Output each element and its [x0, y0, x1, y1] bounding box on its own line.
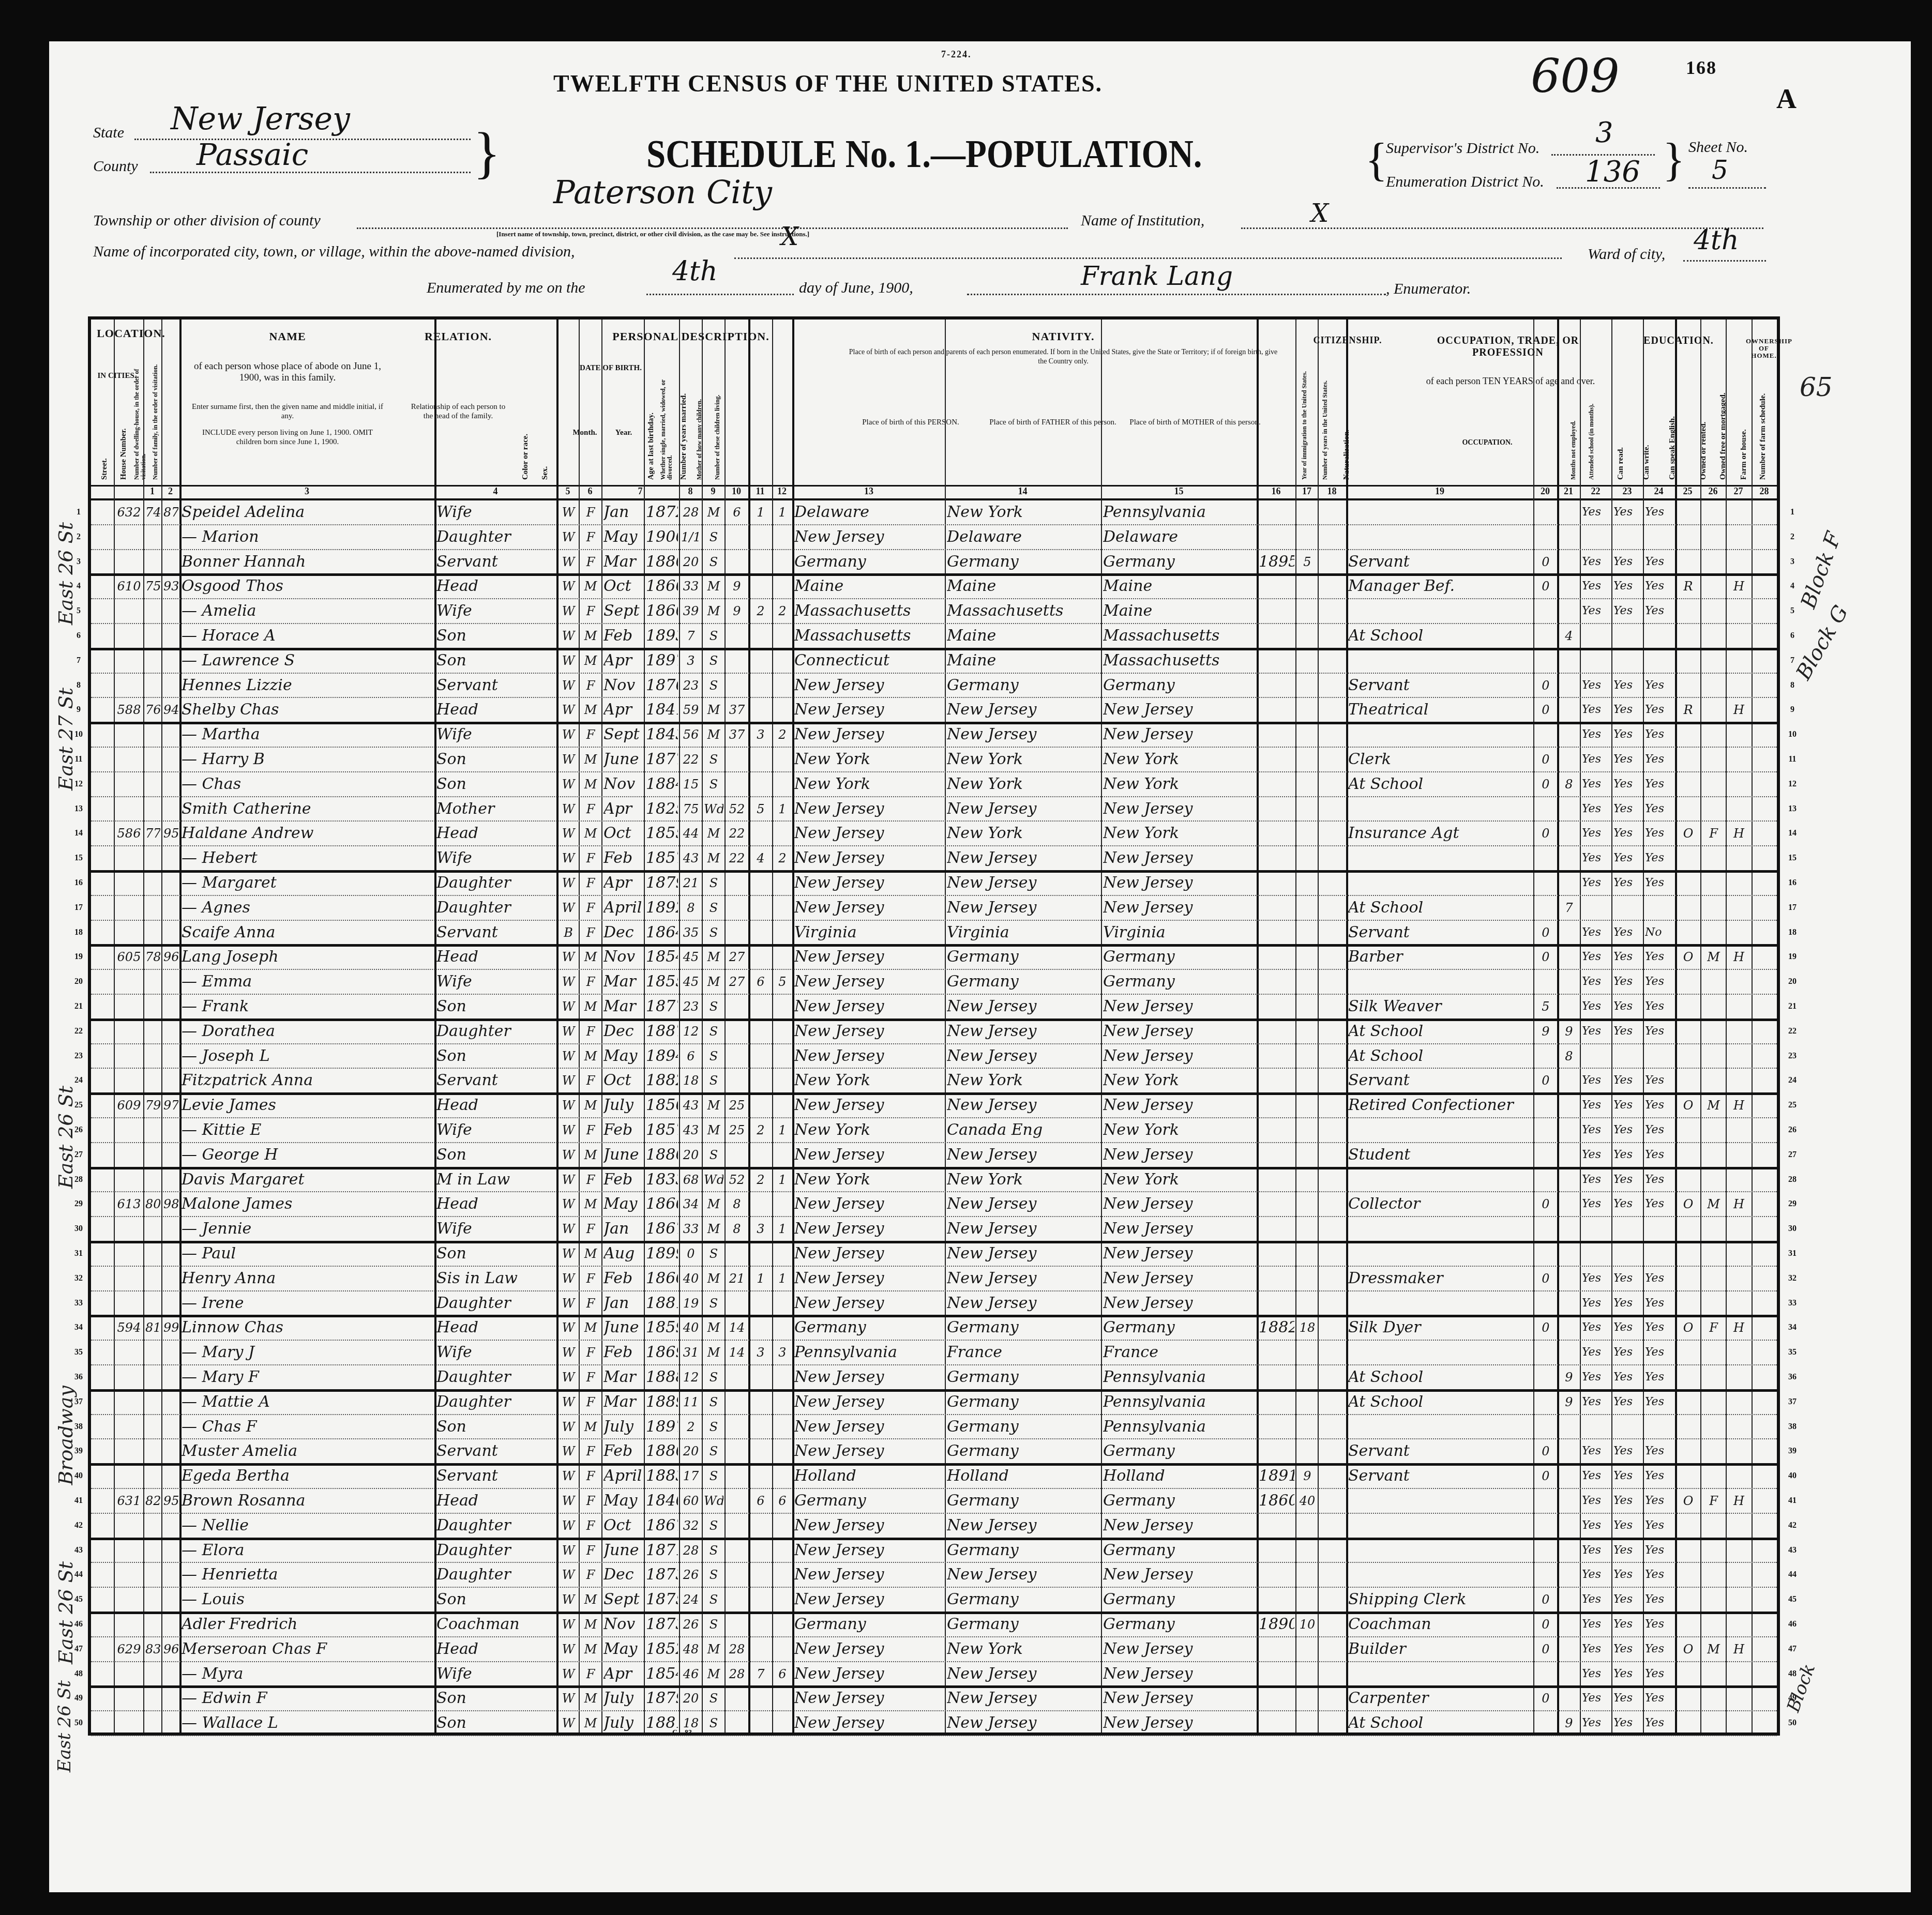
row-number-left: 7 [68, 656, 89, 665]
cell-yrs [1297, 1390, 1317, 1414]
cell-name: Linnow Chas [182, 1316, 433, 1340]
cell-ym: 9 [727, 574, 747, 598]
cell-pof: New Jersey [947, 1291, 1099, 1315]
cell-street [93, 1539, 113, 1562]
cell-ym [727, 674, 747, 697]
cell-year: 1880 [646, 550, 678, 574]
cell-sch [1559, 1613, 1579, 1636]
cell-year: 1881 [646, 1291, 678, 1315]
farm-schedule-header: Number of farm schedule. [1759, 361, 1767, 480]
occupation-sub-label: OCCUPATION. [1410, 438, 1565, 448]
cell-farm [1754, 1291, 1776, 1315]
cell-rel: Son [436, 995, 555, 1019]
cell-pof: New Jersey [947, 1020, 1099, 1043]
nativity-description: Place of birth of each person and parent… [846, 348, 1280, 367]
cell-yrs [1297, 624, 1317, 648]
cell-sex: F [581, 1168, 600, 1192]
can-read-header: Can read. [1617, 423, 1625, 480]
cell-street [93, 574, 113, 598]
cell-color: W [559, 1143, 578, 1167]
table-row: — JennieWifeWFJan186733M831New JerseyNew… [91, 1217, 1777, 1242]
cell-age: 43 [681, 1093, 701, 1117]
cell-color: W [559, 1192, 578, 1216]
group-location: LOCATION. [96, 327, 166, 340]
cell-age: 60 [681, 1489, 701, 1513]
cell-farm [1754, 550, 1776, 574]
row-number-left: 22 [68, 1027, 89, 1036]
cell-eng: Yes [1645, 698, 1673, 722]
cell-month: June [603, 1316, 643, 1340]
cell-imm [1259, 1093, 1294, 1117]
attended-school-header: Attended school (in months). [1588, 366, 1595, 480]
cell-sch: 4 [1559, 624, 1579, 648]
cell-house: 631 [116, 1489, 142, 1513]
cell-year: 1884 [646, 772, 678, 796]
cell-mo [750, 1514, 771, 1538]
cell-name: — Frank [182, 995, 433, 1019]
cell-month: Apr [603, 698, 643, 722]
cell-nat [1320, 1637, 1345, 1661]
cell-ch [774, 1686, 791, 1710]
cell-own [1677, 995, 1699, 1019]
cell-ch [774, 550, 791, 574]
cell-unemp: 0 [1535, 1686, 1556, 1710]
cell-imm [1259, 896, 1294, 920]
cell-month: Nov [603, 1613, 643, 1636]
cell-year: 1833 [646, 1168, 678, 1192]
cell-imm [1259, 921, 1294, 945]
cell-free [1702, 1662, 1725, 1686]
cell-pob: Massachusetts [794, 599, 944, 623]
cell-color: W [559, 550, 578, 574]
cell-sch [1559, 649, 1579, 673]
cell-rel: Servant [436, 550, 555, 574]
cell-year: 1859 [646, 1316, 678, 1340]
cell-farm [1754, 1267, 1776, 1290]
cell-rel: Son [436, 1044, 555, 1068]
cell-year: 1879 [646, 1686, 678, 1710]
cell-name: — Hebert [182, 846, 433, 870]
cell-ym: 25 [727, 1093, 747, 1117]
cell-year: 1864 [646, 921, 678, 945]
cell-street [93, 1563, 113, 1587]
cell-ch: 1 [774, 1118, 791, 1142]
cell-sex: F [581, 1539, 600, 1562]
cell-color: W [559, 1415, 578, 1439]
cell-ch [774, 896, 791, 920]
cell-own: O [1677, 945, 1699, 969]
cell-mar: M [704, 1217, 723, 1241]
cell-eng: Yes [1645, 1291, 1673, 1315]
cell-mar: M [704, 1267, 723, 1290]
cell-month: Feb [603, 1168, 643, 1192]
group-nativity: NATIVITY. [836, 330, 1291, 343]
cell-own: R [1677, 698, 1699, 722]
table-row: Davis MargaretM in LawWFFeb183368Wd5221N… [91, 1168, 1777, 1193]
cell-pom: Germany [1103, 1613, 1256, 1636]
cell-pob: New Jersey [794, 1242, 944, 1266]
cell-nat [1320, 871, 1345, 895]
cell-yrs [1297, 1341, 1317, 1364]
cell-imm [1259, 674, 1294, 697]
cell-ym: 52 [727, 797, 747, 821]
cell-nat [1320, 723, 1345, 747]
cell-rel: Head [436, 1489, 555, 1513]
cell-color: W [559, 995, 578, 1019]
cell-farm [1754, 1489, 1776, 1513]
cell-ym: 6 [727, 500, 747, 524]
cell-unemp [1535, 846, 1556, 870]
cell-month: Feb [603, 846, 643, 870]
cell-dwell [145, 1613, 160, 1636]
cell-pob: Germany [794, 1613, 944, 1636]
state-label: State [93, 124, 124, 142]
cell-occ [1348, 1118, 1532, 1142]
cell-mar: S [704, 896, 723, 920]
cell-dwell [145, 1686, 160, 1710]
cell-write: Yes [1613, 1316, 1642, 1340]
table-row: — Horace ASonWMFeb18937SMassachusettsMai… [91, 624, 1777, 649]
cell-free [1702, 871, 1725, 895]
cell-ym: 21 [727, 1267, 747, 1290]
cell-mo [750, 624, 771, 648]
cell-nat [1320, 1069, 1345, 1092]
cell-color: W [559, 1316, 578, 1340]
cell-fh: H [1728, 945, 1750, 969]
cell-yrs [1297, 921, 1317, 945]
cell-mo [750, 1711, 771, 1735]
cell-street [93, 1613, 113, 1636]
cell-rel: Coachman [436, 1613, 555, 1636]
cell-rel: Wife [436, 846, 555, 870]
cell-occ: Shipping Clerk [1348, 1588, 1532, 1612]
cell-ch [774, 698, 791, 722]
cell-own [1677, 1686, 1699, 1710]
cell-yrs: 18 [1297, 1316, 1317, 1340]
table-row: — IreneDaughterWFJan188119SNew JerseyNew… [91, 1291, 1777, 1316]
cell-age: 20 [681, 550, 701, 574]
cell-ch [774, 1563, 791, 1587]
cell-mar: S [704, 1291, 723, 1315]
cell-occ: At School [1348, 1044, 1532, 1068]
cell-read [1582, 896, 1610, 920]
margin-note-65: 65 [1800, 372, 1833, 402]
cell-farm [1754, 1637, 1776, 1661]
table-row: Hennes LizzieServantWFNov187623SNew Jers… [91, 674, 1777, 698]
cell-dwell [145, 1267, 160, 1290]
cell-dwell [145, 1242, 160, 1266]
cell-imm: 1890 [1259, 1613, 1294, 1636]
cell-age: 75 [681, 797, 701, 821]
cell-age: 31 [681, 1341, 701, 1364]
cell-nat [1320, 1192, 1345, 1216]
cell-occ: At School [1348, 1711, 1532, 1735]
cell-fh [1728, 1143, 1750, 1167]
cell-pob: New Jersey [794, 896, 944, 920]
cell-house [116, 599, 142, 623]
cell-pof: Germany [947, 1539, 1099, 1562]
cell-house [116, 970, 142, 994]
cell-free: F [1702, 1316, 1725, 1340]
cell-house [116, 1711, 142, 1735]
footer-code: C—83 [672, 1729, 692, 1738]
cell-write [1613, 896, 1642, 920]
row-number-left: 41 [68, 1496, 89, 1506]
cell-nat [1320, 1539, 1345, 1562]
cell-sex: M [581, 1192, 600, 1216]
group-relation: RELATION. [401, 330, 515, 343]
cell-sch [1559, 723, 1579, 747]
row-number: 23 [1782, 1052, 1803, 1061]
cell-name: — Chas [182, 772, 433, 796]
cell-house [116, 1514, 142, 1538]
cell-pob: New Jersey [794, 1686, 944, 1710]
cell-street [93, 624, 113, 648]
cell-sch: 9 [1559, 1711, 1579, 1735]
cell-year: 1892 [646, 896, 678, 920]
cell-sex: F [581, 1464, 600, 1488]
cell-mo [750, 1390, 771, 1414]
cell-pof: Germany [947, 1415, 1099, 1439]
cell-sch [1559, 1588, 1579, 1612]
cell-mar: M [704, 1341, 723, 1364]
cell-pob: New Jersey [794, 1415, 944, 1439]
cell-own [1677, 772, 1699, 796]
cell-house [116, 550, 142, 574]
cell-yrs [1297, 1539, 1317, 1562]
ward-value: 4th [1694, 225, 1739, 256]
cell-read: Yes [1582, 822, 1610, 845]
cell-mo [750, 1143, 771, 1167]
table-row: Egeda BerthaServantWFApril188317SHolland… [91, 1464, 1777, 1489]
street-note-2: East 27 St [54, 688, 77, 791]
column-number: 28 [1752, 486, 1777, 497]
cell-read: Yes [1582, 1588, 1610, 1612]
cell-name: — Mattie A [182, 1390, 433, 1414]
cell-pob: New Jersey [794, 698, 944, 722]
cell-pob: New Jersey [794, 723, 944, 747]
cell-read: Yes [1582, 1020, 1610, 1043]
cell-ym [727, 1044, 747, 1068]
cell-color: W [559, 772, 578, 796]
cell-farm [1754, 1093, 1776, 1117]
cell-occ: Silk Weaver [1348, 995, 1532, 1019]
cell-color: W [559, 1686, 578, 1710]
cell-pom: Pennsylvania [1103, 1415, 1256, 1439]
cell-read: Yes [1582, 1686, 1610, 1710]
cell-name: — Nellie [182, 1514, 433, 1538]
cell-pob: New York [794, 772, 944, 796]
cell-unemp [1535, 599, 1556, 623]
cell-unemp [1535, 624, 1556, 648]
cell-imm [1259, 748, 1294, 771]
cell-yrs [1297, 574, 1317, 598]
cell-pom: New Jersey [1103, 1637, 1256, 1661]
cell-write: Yes [1613, 945, 1642, 969]
row-number: 20 [1782, 977, 1803, 986]
cell-color: W [559, 1711, 578, 1735]
cell-ch [774, 1539, 791, 1562]
cell-fh [1728, 1686, 1750, 1710]
cell-sch [1559, 1093, 1579, 1117]
cell-pof: New Jersey [947, 995, 1099, 1019]
cell-pom: Virginia [1103, 921, 1256, 945]
cell-month: June [603, 1539, 643, 1562]
cell-dwell [145, 1464, 160, 1488]
cell-nat [1320, 1613, 1345, 1636]
cell-name: Adler Fredrich [182, 1613, 433, 1636]
cell-own [1677, 649, 1699, 673]
cell-color: W [559, 1539, 578, 1562]
cell-rel: Daughter [436, 525, 555, 549]
dwelling-number-header: Number of dwelling-house, in the order o… [133, 361, 147, 480]
cell-nat [1320, 1143, 1345, 1167]
cell-imm [1259, 574, 1294, 598]
cell-mo [750, 649, 771, 673]
cell-pob: Germany [794, 1316, 944, 1340]
cell-free [1702, 846, 1725, 870]
cell-color: W [559, 698, 578, 722]
cell-color: W [559, 624, 578, 648]
cell-read: Yes [1582, 1118, 1610, 1142]
cell-own [1677, 1044, 1699, 1068]
cell-fh: H [1728, 1489, 1750, 1513]
column-number: 25 [1675, 486, 1700, 497]
township-label: Township or other division of county [93, 212, 321, 230]
row-number-left: 6 [68, 631, 89, 641]
cell-dwell [145, 797, 160, 821]
cell-read [1582, 525, 1610, 549]
cell-fh [1728, 599, 1750, 623]
cell-sex: F [581, 1020, 600, 1043]
cell-fh [1728, 1439, 1750, 1463]
cell-month: Feb [603, 1267, 643, 1290]
cell-mar: S [704, 1390, 723, 1414]
cell-month: July [603, 1711, 643, 1735]
cell-age: 2 [681, 1415, 701, 1439]
cell-rel: Son [436, 1242, 555, 1266]
cell-fh [1728, 1291, 1750, 1315]
cell-ym [727, 1415, 747, 1439]
stamp-number: 168 [1686, 57, 1717, 79]
cell-occ [1348, 649, 1532, 673]
cell-farm [1754, 1415, 1776, 1439]
cell-unemp [1535, 1093, 1556, 1117]
cell-month: Apr [603, 871, 643, 895]
cell-own [1677, 1439, 1699, 1463]
column-number: 13 [792, 486, 945, 497]
cell-unemp [1535, 1217, 1556, 1241]
cell-color: W [559, 871, 578, 895]
cell-mar: S [704, 1044, 723, 1068]
cell-sch [1559, 1242, 1579, 1266]
cell-sex: M [581, 1415, 600, 1439]
cell-year: 1900 [646, 525, 678, 549]
cell-eng: Yes [1645, 797, 1673, 821]
cell-unemp [1535, 1711, 1556, 1735]
cell-mar: M [704, 846, 723, 870]
cell-color: W [559, 748, 578, 771]
cell-eng [1645, 649, 1673, 673]
row-number: 13 [1782, 804, 1803, 814]
cell-age: 43 [681, 846, 701, 870]
cell-write [1613, 1242, 1642, 1266]
cell-sex: F [581, 1514, 600, 1538]
cell-sch: 9 [1559, 1390, 1579, 1414]
cell-nat [1320, 698, 1345, 722]
cell-yrs [1297, 1020, 1317, 1043]
cell-mo [750, 1093, 771, 1117]
cell-imm [1259, 1143, 1294, 1167]
cell-sch [1559, 871, 1579, 895]
row-number: 28 [1782, 1175, 1803, 1184]
cell-fh [1728, 995, 1750, 1019]
cell-sch [1559, 525, 1579, 549]
cell-mar: S [704, 1439, 723, 1463]
cell-fh [1728, 970, 1750, 994]
cell-age: 34 [681, 1192, 701, 1216]
cell-farm [1754, 1020, 1776, 1043]
cell-eng: Yes [1645, 1316, 1673, 1340]
cell-ym [727, 649, 747, 673]
cell-imm [1259, 772, 1294, 796]
cell-sex: F [581, 1390, 600, 1414]
cell-year: 1855 [646, 822, 678, 845]
cell-fh [1728, 1242, 1750, 1266]
cell-street [93, 1588, 113, 1612]
cell-mar: M [704, 1662, 723, 1686]
cell-read [1582, 1415, 1610, 1439]
row-number: 41 [1782, 1496, 1803, 1506]
cell-unemp [1535, 896, 1556, 920]
cell-year: 1882 [646, 1069, 678, 1092]
cell-free [1702, 1020, 1725, 1043]
cell-month: Apr [603, 649, 643, 673]
cell-occ: Servant [1348, 674, 1532, 697]
cell-pob: New Jersey [794, 1390, 944, 1414]
cell-fh: H [1728, 1316, 1750, 1340]
cell-sch [1559, 1168, 1579, 1192]
cell-unemp: 0 [1535, 1192, 1556, 1216]
cell-write: Yes [1613, 1390, 1642, 1414]
enumeration-district: 136 [1585, 155, 1640, 189]
cell-imm [1259, 624, 1294, 648]
cell-pom: Germany [1103, 1489, 1256, 1513]
cell-mo [750, 896, 771, 920]
cell-street [93, 723, 113, 747]
cell-own [1677, 1143, 1699, 1167]
table-row: 5867795Haldane AndrewHeadWMOct185544M22N… [91, 822, 1777, 846]
cell-fam: 95 [163, 822, 178, 845]
cell-color: W [559, 1514, 578, 1538]
supervisor-label: Supervisor's District No. [1386, 140, 1539, 157]
cell-mo [750, 550, 771, 574]
cell-farm [1754, 1514, 1776, 1538]
cell-imm: 1895 [1259, 550, 1294, 574]
cell-age: 20 [681, 1686, 701, 1710]
cell-ym: 14 [727, 1316, 747, 1340]
cell-sch [1559, 1316, 1579, 1340]
cell-month: Oct [603, 1069, 643, 1092]
cell-ch: 5 [774, 970, 791, 994]
cell-pob: New Jersey [794, 1439, 944, 1463]
row-number-left: 35 [68, 1348, 89, 1357]
cell-ch [774, 1044, 791, 1068]
cell-ch: 1 [774, 1168, 791, 1192]
cell-fh [1728, 1217, 1750, 1241]
cell-mo [750, 698, 771, 722]
cell-nat [1320, 1242, 1345, 1266]
